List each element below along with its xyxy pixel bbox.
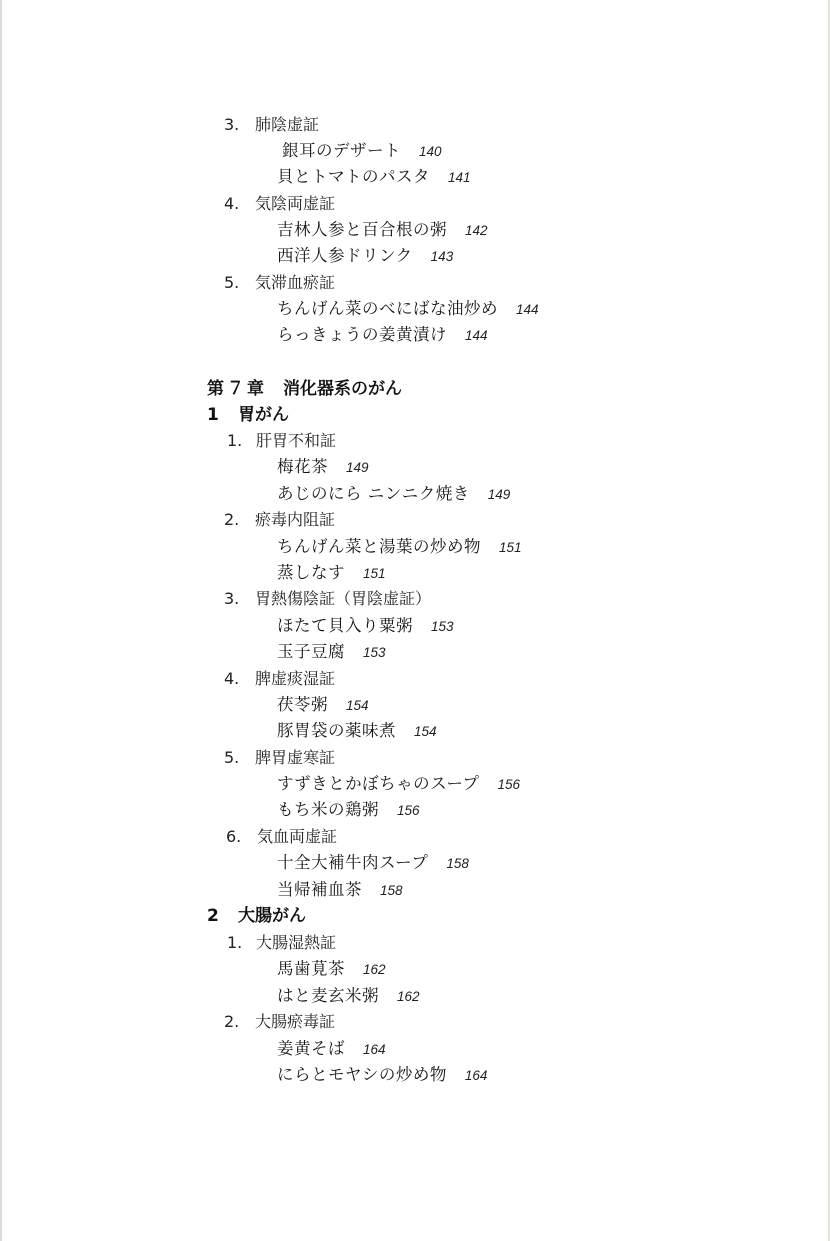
chapter-label: 第７章 <box>207 379 267 399</box>
toc-pattern-heading[interactable]: 2.大腸瘀毒証 <box>224 1009 335 1035</box>
pattern-title: 肝胃不和証 <box>256 431 336 450</box>
page-number: 156 <box>397 803 420 818</box>
pattern-number: 2. <box>224 507 255 533</box>
recipe-title: にらとモヤシの炒め物 <box>277 1065 447 1084</box>
pattern-title: 脾胃虚寒証 <box>255 748 335 767</box>
toc-recipe-entry[interactable]: あじのにら ニンニク焼き149 <box>277 481 510 507</box>
recipe-title: 当帰補血茶 <box>277 880 362 899</box>
section-number: 2 <box>207 903 238 929</box>
toc-pattern-heading[interactable]: 5.気滞血瘀証 <box>224 270 335 296</box>
toc-recipe-entry[interactable]: 西洋人参ドリンク143 <box>277 243 453 269</box>
toc-recipe-entry[interactable]: にらとモヤシの炒め物164 <box>277 1062 487 1088</box>
page-number: 149 <box>488 487 511 502</box>
toc-recipe-entry[interactable]: 当帰補血茶158 <box>277 877 403 903</box>
toc-recipe-entry[interactable]: もち米の鶏粥156 <box>277 797 420 823</box>
pattern-title: 肺陰虚証 <box>255 115 319 134</box>
pattern-number: 1. <box>227 428 256 454</box>
pattern-title: 気血両虚証 <box>257 827 337 846</box>
pattern-number: 2. <box>224 1009 255 1035</box>
recipe-title: 豚胃袋の薬味煮 <box>277 721 396 740</box>
chapter-title: 消化器系のがん <box>283 379 402 399</box>
recipe-title: 茯苓粥 <box>277 695 328 714</box>
recipe-title: すずきとかぼちゃのスープ <box>277 774 480 793</box>
section-title: 胃がん <box>238 405 289 425</box>
recipe-title: はと麦玄米粥 <box>277 986 379 1005</box>
toc-pattern-heading[interactable]: 4.気陰両虚証 <box>224 191 335 217</box>
pattern-title: 胃熱傷陰証（胃陰虚証） <box>255 589 431 608</box>
toc-pattern-heading[interactable]: 6.気血両虚証 <box>226 824 337 850</box>
page-number: 142 <box>465 223 488 238</box>
recipe-title: 玉子豆腐 <box>277 642 345 661</box>
pattern-number: 5. <box>224 270 255 296</box>
recipe-title: 貝とトマトのパスタ <box>277 167 430 186</box>
toc-recipe-entry[interactable]: 蒸しなす151 <box>277 560 386 586</box>
section-title: 大腸がん <box>238 906 306 926</box>
toc-pattern-heading[interactable]: 3.胃熱傷陰証（胃陰虚証） <box>224 586 431 612</box>
toc-recipe-entry[interactable]: すずきとかぼちゃのスープ156 <box>277 771 520 797</box>
pattern-number: 4. <box>224 666 255 692</box>
pattern-number: 6. <box>226 824 257 850</box>
page-number: 154 <box>414 724 437 739</box>
toc-recipe-entry[interactable]: 玉子豆腐153 <box>277 639 386 665</box>
page-number: 140 <box>419 144 442 159</box>
pattern-title: 大腸湿熱証 <box>256 933 336 952</box>
pattern-number: 1. <box>227 930 256 956</box>
toc-pattern-heading[interactable]: 5.脾胃虚寒証 <box>224 745 335 771</box>
toc-recipe-entry[interactable]: 吉林人参と百合根の粥142 <box>277 217 488 243</box>
section-heading[interactable]: 1胃がん <box>207 402 289 428</box>
recipe-title: 姜黄そば <box>277 1039 345 1058</box>
page-number: 141 <box>448 170 471 185</box>
recipe-title: ちんげん菜と湯葉の炒め物 <box>277 537 481 556</box>
section-number: 1 <box>207 402 238 428</box>
recipe-title: ほたて貝入り粟粥 <box>277 616 413 635</box>
page-number: 153 <box>431 619 454 634</box>
toc-pattern-heading[interactable]: 3.肺陰虚証 <box>224 112 319 138</box>
page-number: 143 <box>431 249 454 264</box>
page-number: 149 <box>346 460 369 475</box>
toc-recipe-entry[interactable]: 十全大補牛肉スープ158 <box>277 850 469 876</box>
page-number: 154 <box>346 698 369 713</box>
pattern-title: 脾虚痰湿証 <box>255 669 335 688</box>
page-number: 144 <box>516 302 539 317</box>
pattern-number: 5. <box>224 745 255 771</box>
section-heading[interactable]: 2大腸がん <box>207 903 306 929</box>
pattern-title: 瘀毒内阻証 <box>255 510 335 529</box>
page-number: 144 <box>465 328 488 343</box>
recipe-title: ちんげん菜のべにばな油炒め <box>277 299 498 318</box>
toc-recipe-entry[interactable]: 銀耳のデザート140 <box>282 138 442 164</box>
page-number: 162 <box>363 962 386 977</box>
toc-recipe-entry[interactable]: らっきょうの姜黄漬け144 <box>277 322 488 348</box>
toc-pattern-heading[interactable]: 2.瘀毒内阻証 <box>224 507 335 533</box>
recipe-title: 銀耳のデザート <box>282 141 401 160</box>
recipe-title: らっきょうの姜黄漬け <box>277 325 447 344</box>
recipe-title: 梅花茶 <box>277 457 328 476</box>
toc-recipe-entry[interactable]: 茯苓粥154 <box>277 692 369 718</box>
recipe-title: もち米の鶏粥 <box>277 800 379 819</box>
pattern-number: 4. <box>224 191 255 217</box>
page-number: 158 <box>446 856 469 871</box>
recipe-title: あじのにら ニンニク焼き <box>277 484 470 503</box>
toc-recipe-entry[interactable]: 馬歯莧茶162 <box>277 956 386 982</box>
toc-recipe-entry[interactable]: 豚胃袋の薬味煮154 <box>277 718 437 744</box>
recipe-title: 馬歯莧茶 <box>277 959 345 978</box>
toc-recipe-entry[interactable]: 姜黄そば164 <box>277 1036 386 1062</box>
toc-pattern-heading[interactable]: 4.脾虚痰湿証 <box>224 666 335 692</box>
toc-pattern-heading[interactable]: 1.大腸湿熱証 <box>227 930 336 956</box>
pattern-number: 3. <box>224 586 255 612</box>
page-number: 151 <box>499 540 522 555</box>
page-number: 151 <box>363 566 386 581</box>
recipe-title: 西洋人参ドリンク <box>277 246 413 265</box>
toc-recipe-entry[interactable]: ちんげん菜と湯葉の炒め物151 <box>277 534 522 560</box>
toc-pattern-heading[interactable]: 1.肝胃不和証 <box>227 428 336 454</box>
chapter-heading[interactable]: 第７章消化器系のがん <box>207 376 402 402</box>
pattern-title: 大腸瘀毒証 <box>255 1012 335 1031</box>
page-number: 156 <box>498 777 521 792</box>
page-number: 164 <box>363 1042 386 1057</box>
toc-recipe-entry[interactable]: 梅花茶149 <box>277 454 369 480</box>
pattern-title: 気陰両虚証 <box>255 194 335 213</box>
toc-recipe-entry[interactable]: 貝とトマトのパスタ141 <box>277 164 471 190</box>
recipe-title: 蒸しなす <box>277 563 345 582</box>
toc-recipe-entry[interactable]: ちんげん菜のべにばな油炒め144 <box>277 296 539 322</box>
page-number: 158 <box>380 883 403 898</box>
page-number: 162 <box>397 989 420 1004</box>
recipe-title: 十全大補牛肉スープ <box>277 853 428 872</box>
toc-recipe-entry[interactable]: はと麦玄米粥162 <box>277 983 420 1009</box>
toc-recipe-entry[interactable]: ほたて貝入り粟粥153 <box>277 613 454 639</box>
pattern-title: 気滞血瘀証 <box>255 273 335 292</box>
pattern-number: 3. <box>224 112 255 138</box>
page-number: 153 <box>363 645 386 660</box>
recipe-title: 吉林人参と百合根の粥 <box>277 220 447 239</box>
page-number: 164 <box>465 1068 488 1083</box>
page-edge-left <box>0 0 2 1241</box>
